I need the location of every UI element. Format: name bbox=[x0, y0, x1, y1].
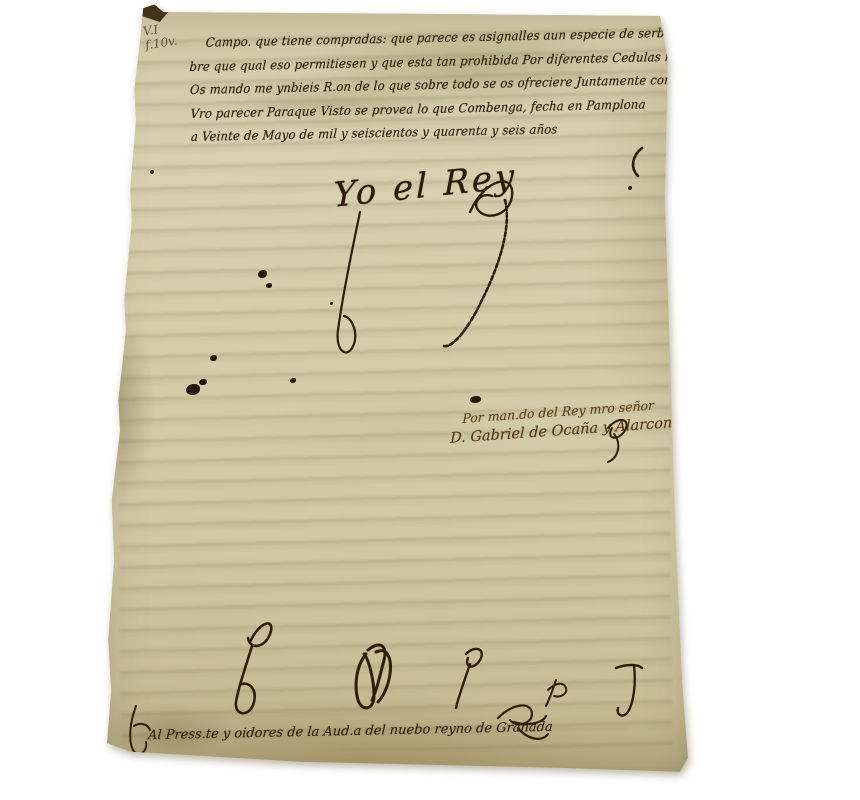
council-rubric-5 bbox=[616, 665, 642, 715]
council-rubric-3 bbox=[456, 649, 482, 708]
marginal-mark: 7 bbox=[115, 159, 126, 175]
council-rubric-1 bbox=[236, 624, 271, 714]
address-rubric bbox=[498, 705, 548, 738]
secretary-rubric bbox=[608, 420, 627, 462]
stray-pen-mark bbox=[633, 148, 642, 176]
page-shadow-wrap: V.I f.10v. 7 Campo. que tiene compradas:… bbox=[0, 0, 860, 800]
address-initial-flourish bbox=[130, 706, 150, 754]
ink-flourishes-layer bbox=[100, 2, 692, 778]
council-rubric-2 bbox=[356, 645, 390, 708]
manuscript-photo: V.I f.10v. 7 Campo. que tiene compradas:… bbox=[0, 0, 860, 800]
royal-signature-descender bbox=[338, 212, 360, 352]
council-rubric-4 bbox=[546, 680, 566, 706]
royal-rubric-tail bbox=[444, 200, 507, 346]
manuscript-page: V.I f.10v. 7 Campo. que tiene compradas:… bbox=[100, 2, 692, 778]
